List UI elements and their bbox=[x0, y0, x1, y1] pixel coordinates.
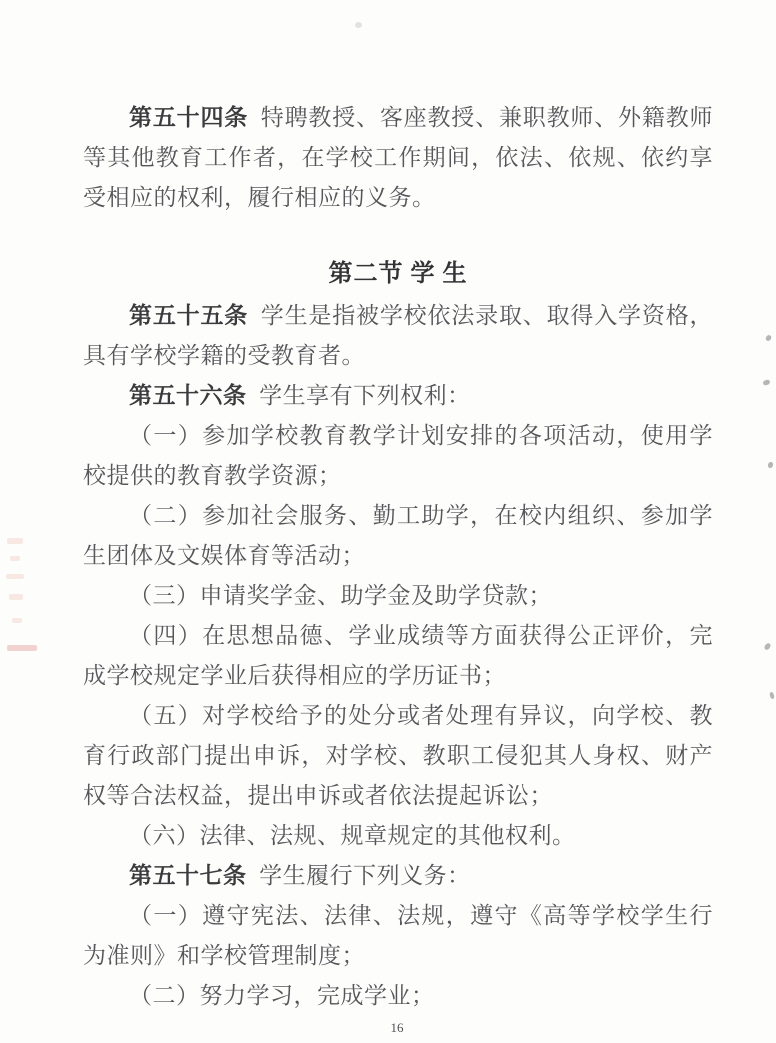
page-body-text: 第五十四条特聘教授、客座教授、兼职教师、外籍教师等其他教育工作者，在学校工作期间… bbox=[83, 98, 713, 1016]
scan-smudge bbox=[7, 538, 23, 544]
scan-speck bbox=[768, 462, 774, 469]
article-55-paragraph: 第五十五条学生是指被学校依法录取、取得入学资格，具有学校学籍的受教育者。 bbox=[83, 296, 713, 376]
article-56-text: 学生享有下列权利： bbox=[259, 383, 471, 408]
article-56-item-5: （五）对学校给予的处分或者处理有异议，向学校、教育行政部门提出申诉，对学校、教职… bbox=[83, 696, 713, 816]
scan-speck bbox=[355, 22, 362, 28]
article-57-number: 第五十七条 bbox=[129, 863, 247, 888]
article-56-item-4: （四）在思想品德、学业成绩等方面获得公正评价，完成学校规定学业后获得相应的学历证… bbox=[83, 616, 713, 696]
article-55-number: 第五十五条 bbox=[129, 303, 248, 328]
article-57-item-1: （一）遵守宪法、法律、法规，遵守《高等学校学生行为准则》和学校管理制度； bbox=[83, 896, 713, 976]
document-page: 第五十四条特聘教授、客座教授、兼职教师、外籍教师等其他教育工作者，在学校工作期间… bbox=[0, 0, 776, 1043]
article-56-item-1: （一）参加学校教育教学计划安排的各项活动，使用学校提供的教育教学资源； bbox=[83, 416, 713, 496]
page-number: 16 bbox=[391, 1019, 404, 1037]
scan-speck bbox=[769, 692, 775, 700]
article-54-paragraph: 第五十四条特聘教授、客座教授、兼职教师、外籍教师等其他教育工作者，在学校工作期间… bbox=[83, 98, 713, 218]
article-57-text: 学生履行下列义务： bbox=[259, 863, 471, 888]
scan-smudge bbox=[7, 645, 37, 651]
article-56-item-6: （六）法律、法规、规章规定的其他权利。 bbox=[83, 816, 713, 856]
article-57-paragraph: 第五十七条学生履行下列义务： bbox=[83, 856, 713, 896]
scan-speck bbox=[762, 379, 770, 386]
article-54-number: 第五十四条 bbox=[129, 105, 248, 130]
scan-speck bbox=[765, 334, 772, 342]
article-56-number: 第五十六条 bbox=[129, 383, 247, 408]
article-56-item-2: （二）参加社会服务、勤工助学，在校内组织、参加学生团体及文娱体育等活动； bbox=[83, 496, 713, 576]
scan-smudge bbox=[12, 618, 22, 623]
scan-speck bbox=[764, 642, 772, 651]
article-56-paragraph: 第五十六条学生享有下列权利： bbox=[83, 376, 713, 416]
article-57-item-2: （二）努力学习，完成学业； bbox=[83, 976, 713, 1016]
section-heading-students: 第二节 学 生 bbox=[83, 254, 713, 294]
scan-smudge bbox=[6, 574, 24, 579]
scan-smudge bbox=[9, 594, 23, 600]
scan-smudge bbox=[10, 556, 20, 561]
article-56-item-3: （三）申请奖学金、助学金及助学贷款； bbox=[83, 576, 713, 616]
